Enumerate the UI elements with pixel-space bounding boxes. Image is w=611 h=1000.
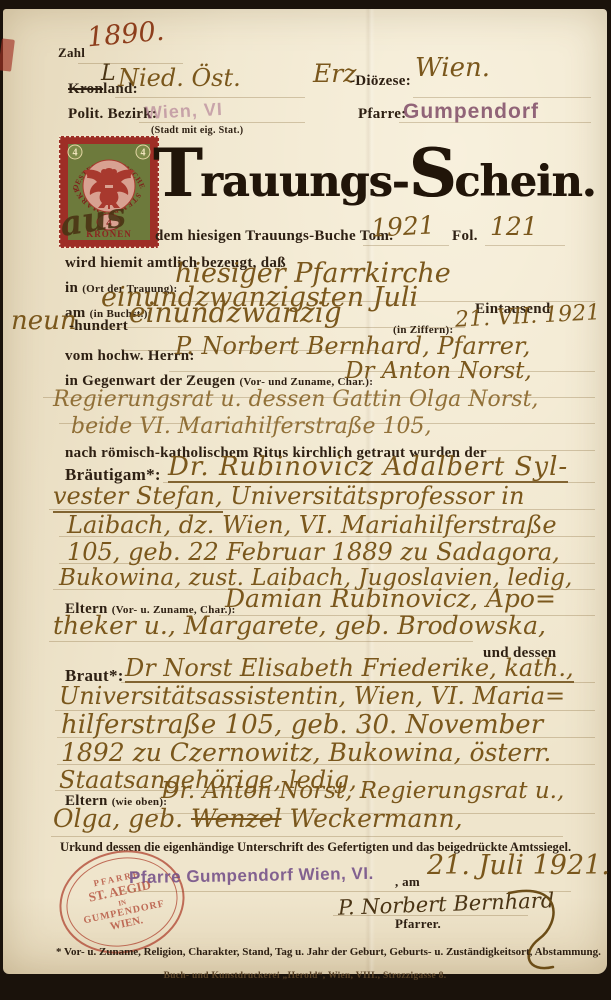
title-initial-s: S <box>409 134 455 212</box>
seal-inner-ring <box>58 847 186 956</box>
dioezese-value: Wien. <box>415 55 490 81</box>
kronland-value: Nied. Öst. <box>118 66 241 90</box>
braeutigam-line4: 105, geb. 22 Februar 1889 zu Sadagora, <box>67 540 560 564</box>
zahl-label: Zahl <box>58 45 85 61</box>
tom-value: 1921 <box>370 212 435 240</box>
ruled-line <box>59 563 595 564</box>
title-initial-t: T <box>153 134 200 212</box>
fol-label: Fol. <box>452 228 478 245</box>
neun-handwritten: neun <box>11 308 77 334</box>
document-title: Trauungs-Schein. <box>153 145 596 207</box>
ruled-line <box>78 63 183 64</box>
ruled-line <box>121 891 571 892</box>
eltern2-line2: Olga, geb. Wenzel Weckermann, <box>53 806 463 831</box>
braut-line3: hilferstraße 105, geb. 30. November <box>61 712 543 738</box>
zeugen-line2: Regierungsrat u. dessen Gattin Olga Nors… <box>53 389 538 411</box>
zeugen-line3: beide VI. Mariahilferstraße 105, <box>71 416 432 438</box>
ruled-line <box>121 682 595 683</box>
ruled-line <box>363 245 449 246</box>
ruled-line <box>53 589 595 590</box>
ruled-line <box>163 482 595 483</box>
certificate-paper: Zahl 1890. Kronland: L Nied. Öst. Erz -D… <box>3 9 607 974</box>
issue-am-label: , am <box>395 874 420 890</box>
signature-flourish <box>501 885 576 977</box>
ruled-line <box>155 813 595 814</box>
ruled-line <box>399 122 591 123</box>
kronland-correction: L <box>101 63 116 85</box>
zahl-value: 1890. <box>86 18 165 52</box>
ruled-line <box>51 836 563 837</box>
printer-line: Buch- und Kunstdruckerei „Herold“, Wien,… <box>3 971 607 981</box>
svg-text:4: 4 <box>141 148 146 159</box>
ziffern-value: 21. VII. 1921 <box>455 302 601 332</box>
issue-date: 21. Juli 1921. <box>427 852 610 879</box>
ruled-line <box>139 122 305 123</box>
ruled-line <box>57 764 595 765</box>
pfarre-stamp: Gumpendorf <box>403 100 539 124</box>
struck-maiden-name: Wenzel <box>191 804 282 833</box>
fol-value: 121 <box>490 214 538 239</box>
footnote: * Vor- u. Zuname, Religion, Charakter, S… <box>56 946 601 958</box>
svg-text:4: 4 <box>73 148 78 159</box>
braut-line4: 1892 zu Czernowitz, Bukowina, österr. <box>61 740 551 765</box>
ruled-line <box>115 97 305 98</box>
register-line: dem hiesigen Trauungs-Buche Tom. <box>155 228 393 245</box>
ruled-line <box>485 245 565 246</box>
ruled-line <box>49 641 473 642</box>
pfarrer-label: Pfarrer. <box>395 916 441 932</box>
dioezese-label: -Diözese: <box>350 73 411 90</box>
ruled-line <box>55 790 343 791</box>
ruled-line <box>59 423 595 424</box>
ruled-line <box>169 301 595 302</box>
jahr-value: einundzwanzig <box>129 299 342 327</box>
ruled-line <box>55 710 595 711</box>
ruled-line <box>43 397 595 398</box>
eltern1-line2: theker u., Margarete, geb. Brodowska, <box>53 613 546 638</box>
braeutigam-line3: Laibach, dz. Wien, VI. Mariahilferstraße <box>67 513 557 537</box>
ruled-line <box>333 915 528 916</box>
braut-line1: Dr Norst Elisabeth Friederike, kath., <box>125 656 574 683</box>
ruled-line <box>413 97 591 98</box>
polit-bezirk-stamp: Wien, VI <box>145 99 224 124</box>
revenue-stamp: 4 4 OESTERREICHISCHE STEMPELMARKE 4 <box>58 135 160 249</box>
ruled-line <box>93 327 465 328</box>
red-edge-mark <box>0 38 15 71</box>
eltern2-line1: Dr. Anton Norst, Regierungsrat u., <box>161 780 564 803</box>
ruled-line <box>479 450 595 451</box>
ruled-line <box>57 737 595 738</box>
ruled-line <box>49 509 595 510</box>
braeutigam-line2: vester Stefan, Universitätsprofessor in <box>53 484 524 508</box>
issue-place-stamp: Pfarre Gumpendorf Wien, VI. <box>129 864 374 888</box>
ruled-line <box>59 536 595 537</box>
pfarre-label: Pfarre: <box>358 106 406 123</box>
ruled-line <box>169 371 595 372</box>
ruled-line <box>219 615 595 616</box>
braeutigam-line1: Dr. Rubinovicz Adalbert Syl- <box>168 454 568 483</box>
stamp-cancellation: aus <box>58 198 128 242</box>
ruled-line <box>123 350 383 351</box>
herr-value: P. Norbert Bernhard, Pfarrer, <box>175 334 530 358</box>
kronland-struck-part: Kron <box>68 81 103 97</box>
braut-line2: Universitätsassistentin, Wien, VI. Maria… <box>59 684 565 708</box>
document-photo: { "header": { "zahl_label": "Zahl", "zah… <box>0 0 611 1000</box>
